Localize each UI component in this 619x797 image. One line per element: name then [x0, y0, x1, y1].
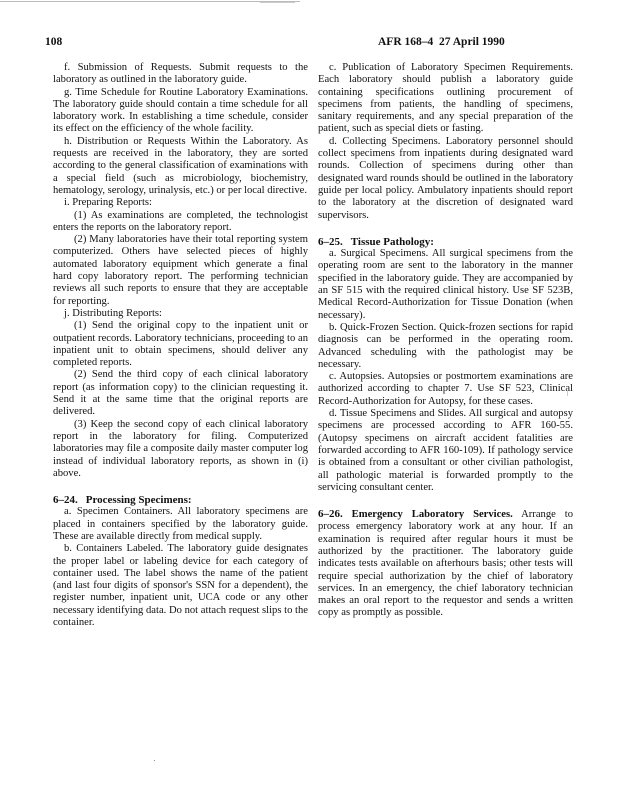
paragraph-6-24-b: b. Containers Labeled. The laboratory gu…	[53, 543, 308, 629]
paragraph-6-25-c: c. Autopsies. Autopsies or postmortem ex…	[318, 371, 573, 408]
scan-speck	[154, 760, 155, 761]
section-body: Arrange to process emergency laboratory …	[318, 509, 573, 618]
paragraph-j1: (1) Send the original copy to the inpati…	[53, 320, 308, 369]
paragraph-j: j. Distributing Reports:	[53, 308, 308, 320]
paragraph-d: d. Collecting Specimens. Laboratory pers…	[318, 136, 573, 222]
paragraph-6-25-a: a. Surgical Specimens. All surgical spec…	[318, 248, 573, 322]
page-number: 108	[45, 36, 62, 48]
document-date: 27 April 1990	[439, 36, 505, 48]
section-title: Tissue Pathology:	[351, 236, 434, 248]
paragraph-f: f. Submission of Requests. Submit reques…	[53, 62, 308, 87]
left-column: f. Submission of Requests. Submit reques…	[53, 62, 308, 629]
section-heading-6-24: 6–24.Processing Specimens:	[53, 494, 308, 506]
scan-artifact-rule	[260, 2, 295, 3]
scan-artifact-rule	[0, 1, 300, 2]
section-title: Processing Specimens:	[86, 494, 192, 506]
paragraph-c: c. Publication of Laboratory Specimen Re…	[318, 62, 573, 136]
section-title: Emergency Laboratory Services.	[352, 509, 513, 520]
document-id: AFR 168–4	[378, 36, 433, 48]
paragraph-6-25-b: b. Quick-Frozen Section. Quick-frozen se…	[318, 322, 573, 371]
section-number: 6–25.	[318, 236, 343, 248]
paragraph-j3: (3) Keep the second copy of each clinica…	[53, 419, 308, 480]
paragraph-i1: (1) As examinations are completed, the t…	[53, 210, 308, 235]
section-number: 6–26.	[318, 508, 343, 520]
right-column: c. Publication of Laboratory Specimen Re…	[318, 62, 573, 620]
paragraph-6-24-a: a. Specimen Containers. All laboratory s…	[53, 506, 308, 543]
paragraph-g: g. Time Schedule for Routine Laboratory …	[53, 87, 308, 136]
paragraph-i2: (2) Many laboratories have their total r…	[53, 234, 308, 308]
paragraph-j2: (2) Send the third copy of each clinical…	[53, 369, 308, 418]
paragraph-h: h. Distribution or Requests Within the L…	[53, 136, 308, 197]
paragraph-i: i. Preparing Reports:	[53, 197, 308, 209]
page-header: 108 AFR 168–4 27 April 1990	[45, 36, 573, 52]
section-6-26: 6–26. Emergency Laboratory Services. Arr…	[318, 508, 573, 620]
scan-speck	[567, 390, 568, 396]
paragraph-6-25-d: d. Tissue Specimens and Slides. All surg…	[318, 408, 573, 494]
section-number: 6–24.	[53, 494, 78, 506]
section-heading-6-25: 6–25.Tissue Pathology:	[318, 236, 573, 248]
